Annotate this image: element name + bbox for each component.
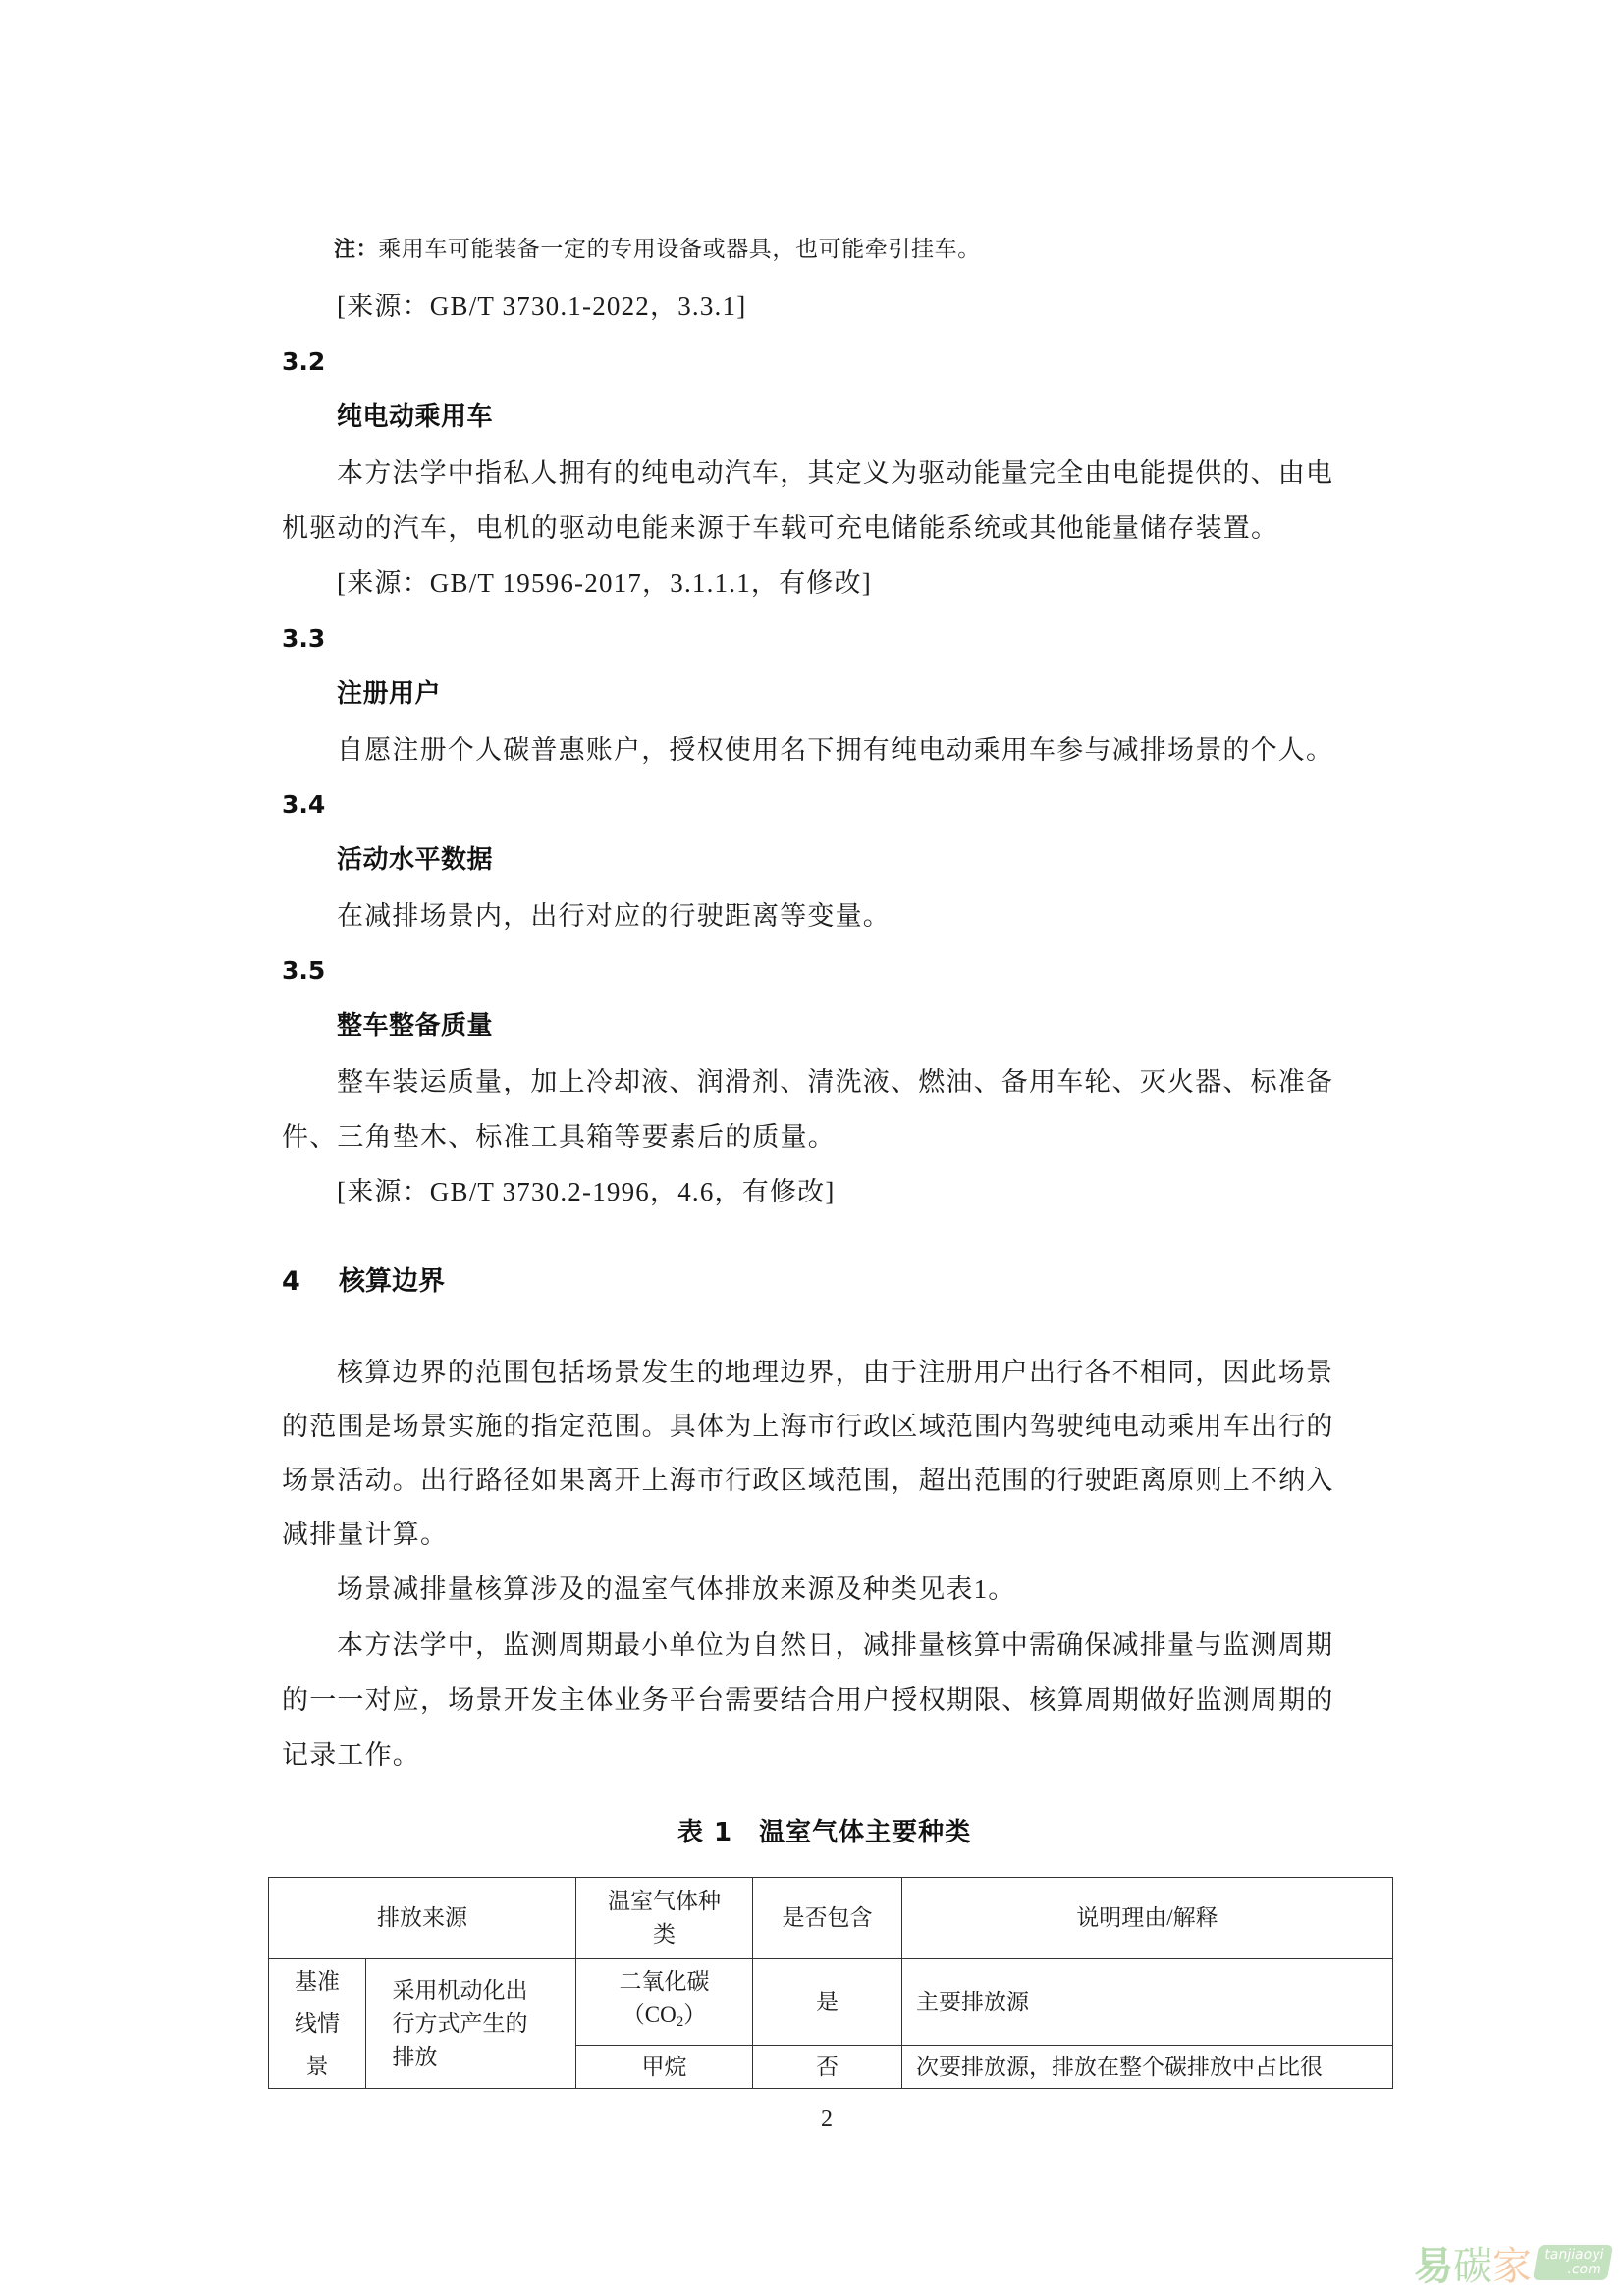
watermark-char: 易 xyxy=(1414,2235,1453,2291)
cell-baseline-scenario: 基准线情景 xyxy=(268,1958,366,2089)
term-title-3-4: 活动水平数据 xyxy=(337,845,493,875)
cell-explanation-co2: 主要排放源 xyxy=(901,1958,1393,2046)
clause-source: [来源：GB/T 19596-2017，3.1.1.1，有修改] xyxy=(337,567,872,599)
definition-line: 机驱动的汽车，电机的驱动电能来源于车载可充电储能系统或其他能量储存装置。 xyxy=(282,512,1278,544)
table-caption: 表 1 温室气体主要种类 xyxy=(677,1818,971,1847)
paragraph-line: 场景活动。出行路径如果离开上海市行政区域范围，超出范围的行驶距离原则上不纳入 xyxy=(282,1465,1334,1496)
gas-name-co2: 二氧化碳 xyxy=(620,1965,710,1999)
cell-included-methane: 否 xyxy=(752,2045,902,2089)
section-title: 核算边界 xyxy=(339,1266,445,1298)
greenhouse-gas-table: 排放来源 温室气体种类 是否包含 说明理由/解释 基准线情景 采用机动化出行方式… xyxy=(268,1877,1393,2089)
paragraph-line: 本方法学中，监测周期最小单位为自然日，减排量核算中需确保减排量与监测周期 xyxy=(337,1629,1333,1661)
definition-line: 件、三角垫木、标准工具箱等要素后的质量。 xyxy=(282,1121,836,1152)
watermark-badge: tanjiaoyi .com xyxy=(1533,2245,1613,2280)
term-title-3-2: 纯电动乘用车 xyxy=(337,402,493,432)
cell-gas-co2: 二氧化碳 （CO2） xyxy=(575,1958,753,2046)
paragraph-line: 场景减排量核算涉及的温室气体排放来源及种类见表1。 xyxy=(337,1574,1016,1605)
paragraph-line: 核算边界的范围包括场景发生的地理边界，由于注册用户出行各不相同，因此场景 xyxy=(337,1357,1333,1388)
note-text: 乘用车可能装备一定的专用设备或器具，也可能牵引挂车。 xyxy=(378,237,981,261)
note: 注：乘用车可能装备一定的专用设备或器具，也可能牵引挂车。 xyxy=(334,236,981,264)
note-label: 注： xyxy=(334,238,378,262)
gas-formula-co2: （CO2） xyxy=(623,1999,706,2039)
term-title-3-3: 注册用户 xyxy=(337,679,441,709)
page-number: 2 xyxy=(821,2107,833,2133)
cell-explanation-methane: 次要排放源，排放在整个碳排放中占比很 xyxy=(901,2045,1393,2089)
cell-included-co2: 是 xyxy=(752,1958,902,2046)
definition-line: 在减排场景内，出行对应的行驶距离等变量。 xyxy=(337,900,891,932)
clause-number-3-4: 3.4 xyxy=(282,790,325,820)
paragraph-line: 的范围是场景实施的指定范围。具体为上海市行政区域范围内驾驶纯电动乘用车出行的 xyxy=(282,1411,1334,1442)
clause-source: [来源：GB/T 3730.2-1996，4.6，有修改] xyxy=(337,1176,836,1207)
watermark-logo: 易 碳 家 tanjiaoyi .com xyxy=(1414,2238,1620,2287)
header-included: 是否包含 xyxy=(752,1877,902,1959)
watermark-char: 碳 xyxy=(1453,2235,1492,2291)
paragraph-line: 记录工作。 xyxy=(282,1739,420,1771)
document-page: 注：乘用车可能装备一定的专用设备或器具，也可能牵引挂车。 [来源：GB/T 37… xyxy=(0,0,1624,2296)
header-explanation: 说明理由/解释 xyxy=(901,1877,1393,1959)
clause-number-3-5: 3.5 xyxy=(282,956,325,986)
note-source: [来源：GB/T 3730.1-2022，3.3.1] xyxy=(337,291,746,322)
term-title-3-5: 整车整备质量 xyxy=(337,1011,493,1041)
definition-line: 自愿注册个人碳普惠账户，授权使用名下拥有纯电动乘用车参与减排场景的个人。 xyxy=(337,734,1333,766)
cell-gas-methane: 甲烷 xyxy=(575,2045,753,2089)
definition-line: 整车装运质量，加上冷却液、润滑剂、清洗液、燃油、备用车轮、灭火器、标准备 xyxy=(337,1066,1333,1097)
section-number: 4 xyxy=(282,1266,300,1298)
paragraph-line: 的一一对应，场景开发主体业务平台需要结合用户授权期限、核算周期做好监测周期的 xyxy=(282,1684,1334,1716)
definition-line: 本方法学中指私人拥有的纯电动汽车，其定义为驱动能量完全由电能提供的、由电 xyxy=(337,457,1333,489)
header-gas-type: 温室气体种类 xyxy=(575,1877,753,1959)
cell-emission-source: 采用机动化出行方式产生的排放 xyxy=(365,1958,576,2089)
clause-number-3-3: 3.3 xyxy=(282,624,325,654)
clause-number-3-2: 3.2 xyxy=(282,347,325,377)
header-emission-source: 排放来源 xyxy=(268,1877,576,1959)
paragraph-line: 减排量计算。 xyxy=(282,1519,448,1550)
watermark-char: 家 xyxy=(1492,2235,1532,2291)
